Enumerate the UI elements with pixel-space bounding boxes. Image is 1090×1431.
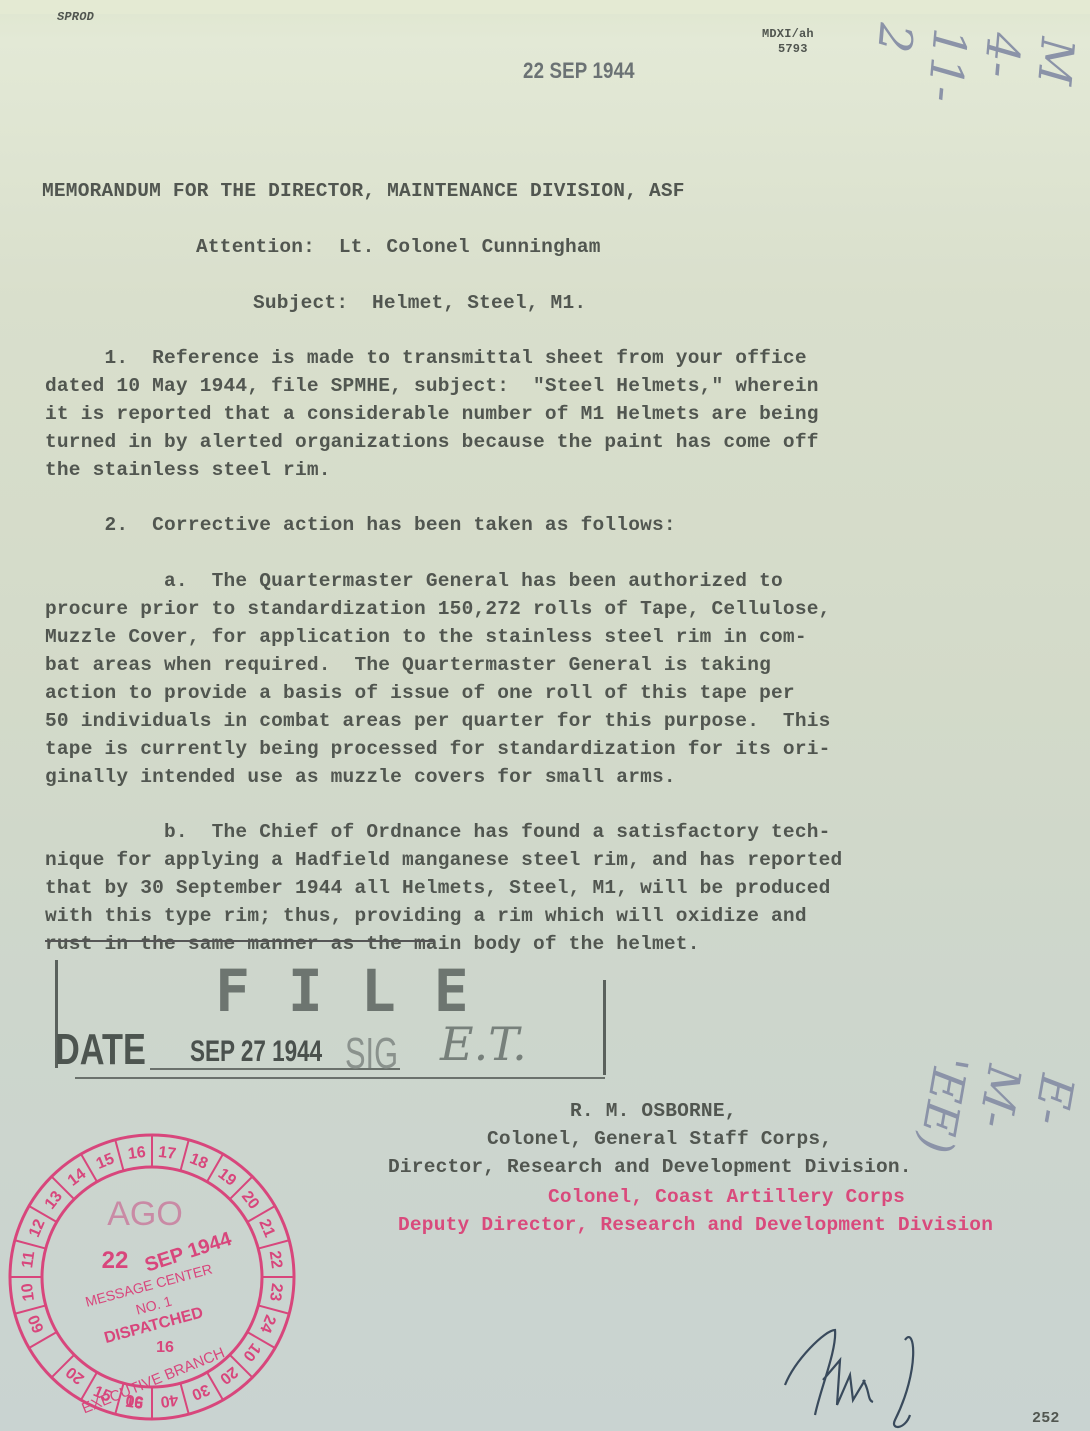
memo-attention: Attention: Lt. Colonel Cunningham [196, 233, 601, 261]
ring-number: 23 [266, 1282, 285, 1302]
ring-number: 22 [266, 1250, 285, 1270]
ring-number: 20 [216, 1363, 241, 1387]
file-stamp: FILE DATE SEP 27 1944 SIG E.T. [55, 955, 607, 1085]
reference-number: 5793 [778, 42, 808, 56]
ring-number: 60 [25, 1312, 47, 1335]
p2b-line: with this type rim; thus, providing a ri… [45, 902, 807, 930]
p2a-line: procure prior to standardization 150,272… [45, 595, 831, 623]
ring-number: 10 [239, 1340, 263, 1365]
signer-name: R. M. OSBORNE, [570, 1097, 737, 1125]
p2a-line: Muzzle Cover, for application to the sta… [45, 623, 807, 651]
p1-line: the stainless steel rim. [45, 456, 331, 484]
p2a-line: 50 individuals in combat areas per quart… [45, 707, 831, 735]
margin-note-top-right: M 4-11-2 [863, 21, 1085, 114]
ring-number: 20 [63, 1363, 88, 1387]
ago-message-center-stamp: 16 15 17 16 15 14 13 12 11 10 18 19 20 2… [5, 1130, 300, 1425]
signer-rank: Colonel, General Staff Corps, [487, 1125, 832, 1153]
p2a-line: bat areas when required. The Quartermast… [45, 651, 771, 679]
p2b-line: nique for applying a Hadfield manganese … [45, 846, 842, 874]
ring-number: 30 [189, 1380, 212, 1403]
ring-number: 19 [215, 1165, 240, 1189]
ring-number: 20 [238, 1188, 262, 1213]
p2b-line: b. The Chief of Ordnance has found a sat… [45, 818, 831, 846]
ring-number: 11 [19, 1250, 38, 1269]
stamp-border-bottom [75, 1077, 605, 1079]
ring-number: 13 [42, 1188, 66, 1213]
p2b-line: that by 30 September 1944 all Helmets, S… [45, 874, 831, 902]
ring-number: 12 [26, 1217, 49, 1240]
overstamp-title: Deputy Director, Research and Developmen… [398, 1211, 993, 1239]
office-code: SPROD [57, 10, 94, 24]
p1-line: turned in by alerted organizations becau… [45, 428, 819, 456]
p2a-line: action to provide a basis of issue of on… [45, 679, 795, 707]
file-stamp-initials: E.T. [440, 1017, 527, 1071]
p2a-line: tape is currently being processed for st… [45, 735, 831, 763]
file-stamp-date-value: SEP 27 1944 [190, 1035, 322, 1069]
ring-number: 16 [127, 1144, 147, 1163]
p2a-line: ginally intended use as muzzle covers fo… [45, 763, 676, 791]
ring-number: 15 [94, 1150, 117, 1172]
ring-number: 18 [187, 1150, 210, 1172]
received-date-stamp: 22 SEP 1944 [523, 58, 635, 84]
handwritten-signature [775, 1320, 945, 1430]
p1-line: 1. Reference is made to transmittal shee… [45, 344, 807, 372]
stamp-overlap-line [45, 940, 435, 942]
overstamp-rank: Colonel, Coast Artillery Corps [548, 1183, 905, 1211]
reference-code: MDXI/ah [762, 27, 814, 41]
ago-day: 22 [102, 1247, 129, 1274]
signer-title: Director, Research and Development Divis… [388, 1153, 912, 1181]
ago-org: AGO [107, 1195, 183, 1233]
paper-top-edge [0, 0, 1090, 14]
ring-number: 17 [157, 1144, 177, 1163]
file-stamp-sig-label: SIG [345, 1029, 398, 1079]
ring-number: 40 [159, 1391, 179, 1410]
ring-number: 21 [255, 1217, 278, 1240]
ring-number: 24 [256, 1312, 278, 1335]
p2a-line: a. The Quartermaster General has been au… [45, 567, 783, 595]
ago-hour: 16 [156, 1339, 174, 1356]
stamp-border-right [603, 980, 606, 1075]
file-stamp-date-label: DATE [55, 1025, 146, 1075]
page-number: 252 [1032, 1410, 1060, 1427]
paragraph-2-intro: 2. Corrective action has been taken as f… [45, 511, 676, 539]
p1-line: it is reported that a considerable numbe… [45, 400, 819, 428]
memo-addressee: MEMORANDUM FOR THE DIRECTOR, MAINTENANCE… [42, 177, 685, 205]
ring-number: 10 [19, 1282, 38, 1302]
p2b-line: rust in the same manner as the main body… [45, 930, 700, 958]
ring-number: 14 [65, 1165, 90, 1189]
margin-note-bottom-right: E-M-'EE) [908, 1052, 1085, 1176]
file-stamp-title: FILE [215, 957, 507, 1025]
p1-line: dated 10 May 1944, file SPMHE, subject: … [45, 372, 819, 400]
memo-subject: Subject: Helmet, Steel, M1. [253, 289, 586, 317]
